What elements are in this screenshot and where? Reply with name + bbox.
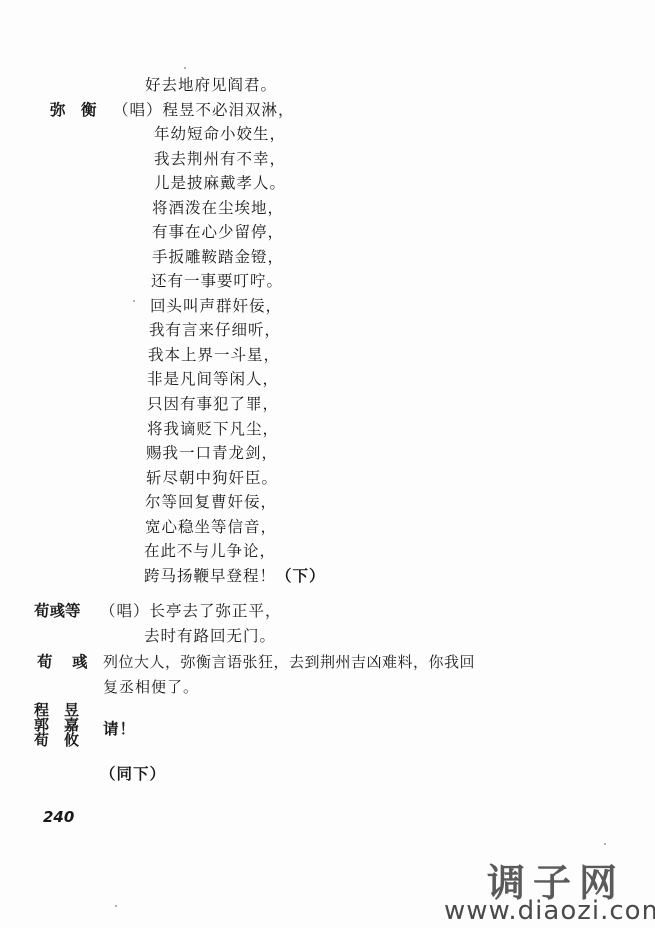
verse-line: 赐我一口青龙剑， xyxy=(146,443,278,463)
verse-line: 我有言来仔细听， xyxy=(149,320,281,340)
verse-line: （唱）程昱不必泪双淋， xyxy=(113,100,295,120)
verse-line: 斩尽朝中狗奸臣。 xyxy=(146,468,278,488)
verse-line: 在此不与儿争论， xyxy=(144,541,276,561)
verse-line: 将我谪贬下凡尘， xyxy=(147,419,279,439)
verse-line: 我去荆州有不幸， xyxy=(154,149,286,169)
page-number: 240 xyxy=(43,808,74,826)
verse-line: 好去地府见阎君。 xyxy=(145,75,277,95)
group-line: 请！ xyxy=(103,719,136,739)
speaker-name: 弥 衡 xyxy=(50,100,97,120)
stage-direction: （同下） xyxy=(100,764,166,784)
scan-speck xyxy=(115,905,117,907)
speech-line: 复丞相便了。 xyxy=(103,677,199,697)
verse-line: 宽心稳坐等信音， xyxy=(145,517,277,537)
scan-speck xyxy=(604,843,606,845)
verse-line: 年幼短命小姣生， xyxy=(154,124,286,144)
verse-line: 去时有路回无门。 xyxy=(144,626,276,646)
verse-line: 非是凡间等闲人， xyxy=(147,369,279,389)
watermark-url: www.diaozi.com xyxy=(444,896,655,926)
verse-line: 有事在心少留停， xyxy=(152,222,284,242)
speech-line: 列位大人，弥衡言语张狂，去到荆州吉凶难料，你我回 xyxy=(103,652,475,672)
speaker-name: 荀彧等 xyxy=(34,601,81,621)
verse-line: 手扳雕鞍踏金镫， xyxy=(152,247,284,267)
stage-direction: （下） xyxy=(276,566,326,585)
verse-line: （唱）长亭去了弥正平， xyxy=(100,601,282,621)
verse-line: 跨马扬鞭早登程！（下） xyxy=(144,566,326,586)
verse-line: 回头叫声群奸佞， xyxy=(150,296,282,316)
verse-line: 儿是披麻戴孝人。 xyxy=(154,173,286,193)
verse-line: 将酒泼在尘埃地， xyxy=(152,198,284,218)
script-page: 好去地府见阎君。 弥 衡 （唱）程昱不必泪双淋， 年幼短命小姣生， 我去荆州有不… xyxy=(0,0,655,928)
verse-line: 还有一事要叮咛。 xyxy=(151,271,283,291)
verse-text: 跨马扬鞭早登程！ xyxy=(144,567,276,585)
speaker-name: 荀 攸 xyxy=(34,733,94,748)
scan-speck xyxy=(184,67,186,69)
speaker-name: 荀 彧 xyxy=(37,652,90,672)
speaker-group: 程 昱 郭 嘉 荀 攸 xyxy=(34,703,94,748)
verse-line: 尔等回复曹奸佞， xyxy=(145,492,277,512)
verse-line: 我本上界一斗星， xyxy=(148,345,280,365)
verse-line: 只因有事犯了罪， xyxy=(147,394,279,414)
scan-speck xyxy=(133,300,135,302)
